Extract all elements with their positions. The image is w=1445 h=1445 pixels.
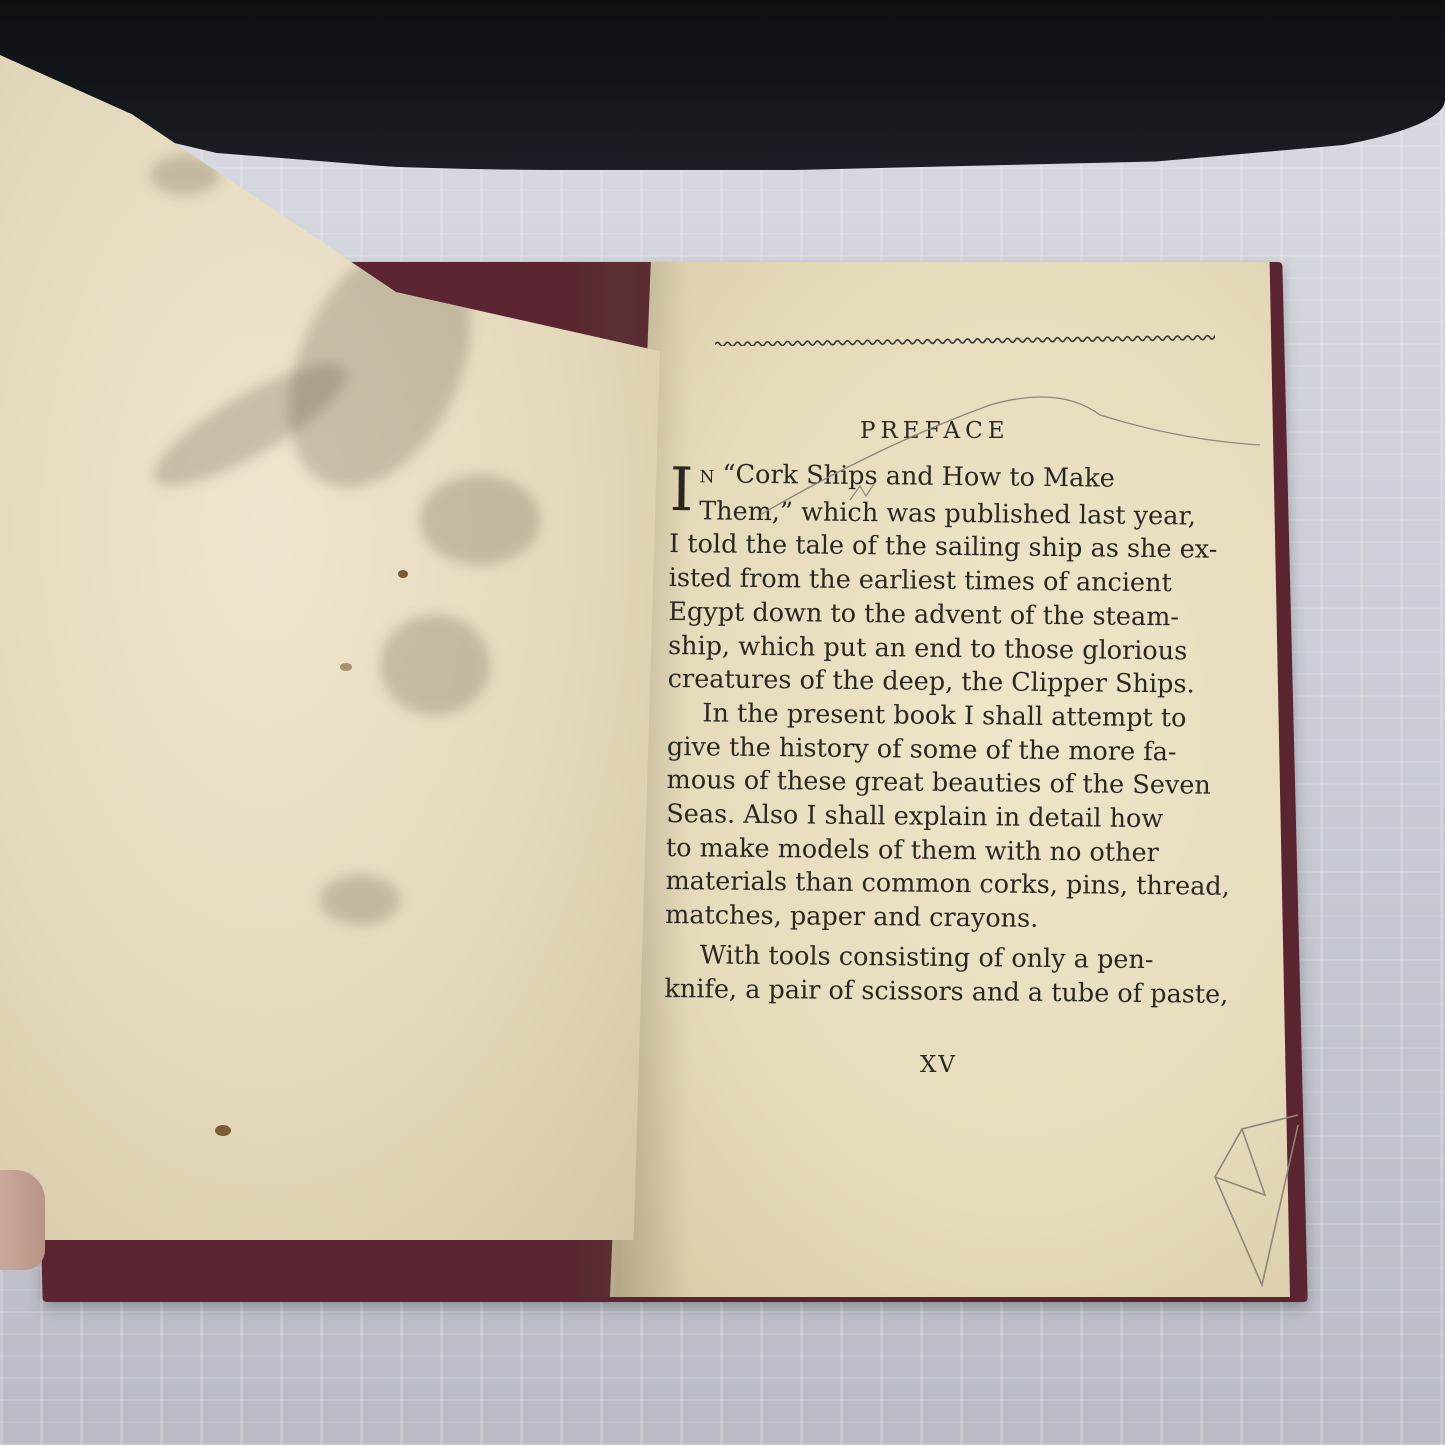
text-line: Them,” which was published last year, <box>699 495 1245 534</box>
text-line: matches, paper and crayons. <box>665 899 1240 939</box>
text-line: N “Cork Ships and How to Make <box>699 458 1245 500</box>
drop-cap: I <box>669 464 693 516</box>
dark-fabric-background <box>0 0 1445 170</box>
stain-spot <box>398 570 408 578</box>
pencil-envelope-drawing-icon <box>1210 1085 1300 1290</box>
dirt-smudge <box>420 475 540 565</box>
stain-spot <box>340 663 352 671</box>
page-number: XV <box>920 1052 957 1078</box>
ornamental-wavy-rule <box>715 334 1215 346</box>
text-line: knife, a pair of scissors and a tube of … <box>664 973 1239 1013</box>
thumb <box>0 1170 45 1270</box>
stain-spot <box>215 1125 231 1136</box>
dirt-smudge <box>380 615 490 715</box>
preface-body-text: I N “Cork Ships and How to Make Them,” w… <box>664 458 1245 1012</box>
preface-heading: PREFACE <box>860 418 1010 444</box>
dirt-smudge <box>320 875 400 925</box>
